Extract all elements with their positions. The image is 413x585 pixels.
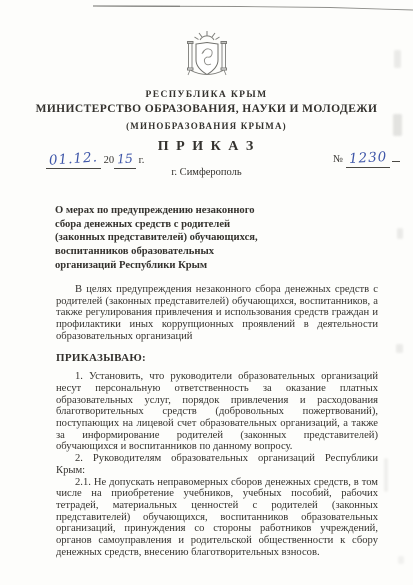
subject-line: сбора денежных средств с родителей — [55, 218, 311, 232]
scan-smudge — [384, 458, 388, 492]
number-underscore — [392, 151, 400, 162]
order-body: В целях предупреждения незаконного сбора… — [56, 284, 378, 558]
subject-line: О мерах по предупреждению незаконного — [55, 204, 311, 218]
scan-smudge — [397, 228, 403, 239]
order-word: ПРИКАЗЫВАЮ: — [56, 353, 378, 365]
order-number-field: № 1230 — [333, 151, 400, 168]
crimea-coat-of-arms-icon — [184, 30, 230, 78]
ministry-short-name: (МИНОБРАЗОВАНИЯ КРЫМА) — [0, 121, 413, 131]
preamble-paragraph: В целях предупреждения незаконного сбора… — [56, 284, 378, 343]
city-line: г. Симферополь — [0, 167, 413, 178]
order-item-2: 2. Руководителям образовательных организ… — [56, 453, 378, 476]
scan-smudge — [394, 50, 401, 68]
coat-of-arms-emblem — [184, 30, 230, 83]
subject-line: организаций Республики Крым — [55, 259, 311, 273]
republic-name: РЕСПУБЛИКА КРЫМ — [0, 90, 413, 100]
order-subject: О мерах по предупреждению незаконного сб… — [55, 204, 311, 273]
scan-smudge — [398, 556, 404, 564]
order-item-2-1: 2.1. Не допускать неправомерных сборов д… — [56, 477, 378, 559]
scan-page-edge-line — [0, 0, 413, 16]
order-item-1: 1. Установить, что руководители образова… — [56, 371, 378, 453]
handwritten-order-number: 1230 — [346, 152, 390, 168]
scan-smudge — [396, 344, 403, 353]
number-sign: № — [333, 154, 343, 165]
subject-line: (законных представителей) обучающихся, — [55, 231, 311, 245]
year-suffix: г. — [139, 155, 145, 166]
order-items: 1. Установить, что руководители образова… — [56, 371, 378, 558]
scanned-order-document: РЕСПУБЛИКА КРЫМ МИНИСТЕРСТВО ОБРАЗОВАНИЯ… — [0, 0, 413, 585]
ministry-name: МИНИСТЕРСТВО ОБРАЗОВАНИЯ, НАУКИ И МОЛОДЕ… — [0, 103, 413, 115]
year-century-prefix: 20 — [104, 155, 115, 166]
subject-line: воспитанников образовательных — [55, 245, 311, 259]
